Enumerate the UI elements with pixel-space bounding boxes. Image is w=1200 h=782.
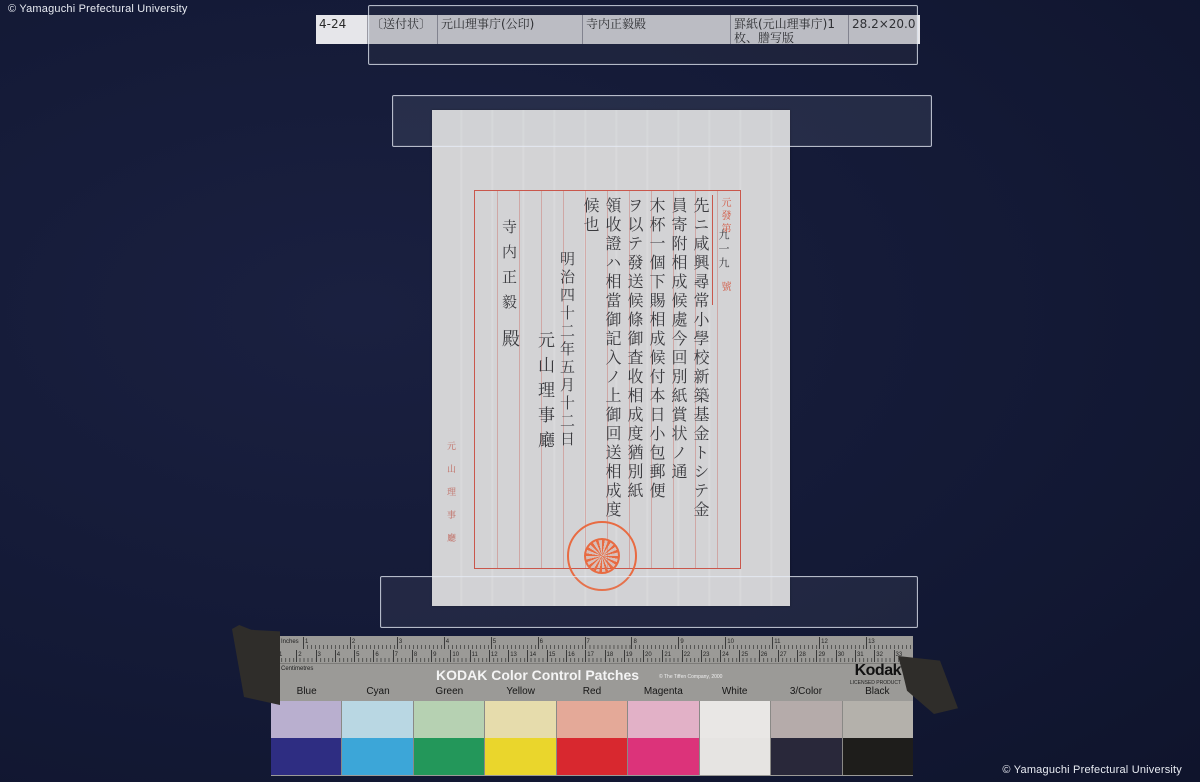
patch-light (771, 701, 841, 738)
ruler-tick: 31 (855, 650, 874, 662)
patch-dark (414, 738, 484, 775)
column-rule (497, 191, 498, 568)
issuer-name: 元山理事廳 (535, 331, 552, 456)
ruler-tick: 5 (354, 650, 373, 662)
ruler-tick: 6 (373, 650, 392, 662)
doc-number: 九一九 (718, 229, 729, 271)
ruler-tick: 19 (624, 650, 643, 662)
patch-dark (771, 738, 841, 775)
patch-green (414, 701, 485, 775)
patch-light (843, 701, 913, 738)
body-column-3: 木杯一個下賜相成候付本日小包郵便 (648, 197, 664, 501)
patch-label-cyan: Cyan (342, 686, 413, 697)
color-card-title: KODAK Color Control Patches (436, 667, 639, 683)
ruler-tick: 3 (316, 650, 335, 662)
ruler-tick: 10 (450, 650, 469, 662)
ruler-inches: 1 2 3 4 5 6 7 8 9 10 11 12 13 (271, 637, 913, 649)
color-patches (271, 701, 913, 775)
ruler-tick: 7 (585, 637, 632, 649)
patch-dark (628, 738, 698, 775)
body-column-6: 候也 (582, 197, 598, 235)
tape-left (232, 625, 280, 705)
ruled-frame: 元發第 九一九 號 先ニ咸興尋常小學校新築基金トシテ金 員寄附相成候處今回別紙賞… (474, 190, 741, 569)
ruler-tick: 32 (874, 650, 893, 662)
patch-light (700, 701, 770, 738)
ruler-tick: 2 (350, 637, 397, 649)
ruler-tick: 24 (720, 650, 739, 662)
addressee-name: 寺内正毅 (501, 219, 516, 319)
ruler-tick: 29 (816, 650, 835, 662)
patch-light (414, 701, 484, 738)
patch-label-green: Green (414, 686, 485, 697)
ruler-tick: 9 (678, 637, 725, 649)
ruler-tick: 14 (527, 650, 546, 662)
patch-dark (557, 738, 627, 775)
patch-light (557, 701, 627, 738)
patch-label-white: White (699, 686, 770, 697)
ruler-tick: 13 (508, 650, 527, 662)
ruler-tick: 22 (682, 650, 701, 662)
column-rule (519, 191, 520, 568)
ruler-tick: 6 (538, 637, 585, 649)
ruler-tick: 27 (778, 650, 797, 662)
historical-document: 元發第 九一九 號 先ニ咸興尋常小學校新築基金トシテ金 員寄附相成候處今回別紙賞… (432, 110, 790, 606)
document-date: 明治四十二年五月十二日 (559, 251, 574, 449)
column-rule (585, 191, 586, 568)
ruler-tick: 16 (566, 650, 585, 662)
ruler-centimetres: 1 2 3 4 5 6 7 8 9 10 11 12 13 14 15 16 1… (271, 650, 913, 662)
patch-white (700, 701, 771, 775)
ruler-tick: 5 (491, 637, 538, 649)
document-number-box: 元發第 九一九 號 (712, 195, 732, 305)
acrylic-holder-label (368, 5, 918, 65)
ruler-tick: 4 (335, 650, 354, 662)
patch-dark (843, 738, 913, 775)
patch-black (843, 701, 913, 775)
patch-labels: Blue Cyan Green Yellow Red Magenta White… (271, 686, 913, 697)
copyright-credit-bottom: © Yamaguchi Prefectural University (1002, 764, 1182, 776)
patch-blue (271, 701, 342, 775)
patch-dark (700, 738, 770, 775)
ruler-tick: 17 (585, 650, 604, 662)
patch-dark (271, 738, 341, 775)
ruler-tick: 26 (759, 650, 778, 662)
patch-magenta (628, 701, 699, 775)
ruler-tick: 11 (772, 637, 819, 649)
patch-label-blue: Blue (271, 686, 342, 697)
patch-label-magenta: Magenta (628, 686, 699, 697)
patch-light (271, 701, 341, 738)
ruler-tick: 10 (725, 637, 772, 649)
kodak-logo: Kodak (855, 662, 901, 680)
patch-label-yellow: Yellow (485, 686, 556, 697)
copyright-credit-top: © Yamaguchi Prefectural University (8, 3, 188, 15)
acrylic-holder-top (392, 95, 932, 147)
ruler-tick: 23 (701, 650, 720, 662)
patch-label-red: Red (556, 686, 627, 697)
patch-dark (485, 738, 555, 775)
color-card-copyright: © The Tiffen Company, 2000 (659, 674, 722, 680)
ruler-tick: 13 (866, 637, 913, 649)
ruler: Inches 1 2 3 4 5 6 7 8 9 10 11 12 13 1 2… (271, 636, 913, 664)
ruler-tick: 9 (431, 650, 450, 662)
patch-light (485, 701, 555, 738)
ruler-tick: 11 (470, 650, 489, 662)
ruler-tick: 21 (662, 650, 681, 662)
ruler-tick: 18 (605, 650, 624, 662)
ruler-tick: 20 (643, 650, 662, 662)
patch-label-3color: 3/Color (770, 686, 841, 697)
patch-3color (771, 701, 842, 775)
patch-light (342, 701, 412, 738)
body-column-5: 領收證ハ相當御記入ノ上御回送相成度 (604, 197, 620, 520)
patch-yellow (485, 701, 556, 775)
chrysanthemum-emblem-icon (584, 538, 620, 574)
kodak-color-card: Inches 1 2 3 4 5 6 7 8 9 10 11 12 13 1 2… (271, 636, 913, 776)
ruler-tick: 7 (393, 650, 412, 662)
catalog-number: 4-24 (316, 15, 368, 44)
patch-dark (342, 738, 412, 775)
addressee-honorific: 殿 (500, 329, 518, 350)
ruler-tick: 15 (547, 650, 566, 662)
ruler-tick: 4 (444, 637, 491, 649)
body-column-4: ヲ以テ發送候條御査收相成度猶別紙 (626, 197, 642, 501)
body-column-2: 員寄附相成候處今回別紙賞状ノ通 (670, 197, 686, 482)
ruler-tick: 3 (397, 637, 444, 649)
ruler-tick: 28 (797, 650, 816, 662)
patch-light (628, 701, 698, 738)
ruler-tick: 2 (296, 650, 315, 662)
ruler-tick: 8 (412, 650, 431, 662)
office-footer-imprint: 元山理事廳 (445, 441, 454, 556)
body-column-1: 先ニ咸興尋常小學校新築基金トシテ金 (692, 197, 708, 520)
ruler-tick: 25 (739, 650, 758, 662)
patch-cyan (342, 701, 413, 775)
doc-number-suffix: 號 (719, 281, 729, 294)
patch-red (557, 701, 628, 775)
ruler-tick: 30 (836, 650, 855, 662)
patch-label-black: Black (842, 686, 913, 697)
ruler-tick: 1 (303, 637, 350, 649)
acrylic-holder-bottom (380, 576, 918, 628)
ruler-tick: 12 (819, 637, 866, 649)
ruler-tick: 8 (631, 637, 678, 649)
ruler-centimetres-label: Centimetres (281, 666, 313, 672)
ruler-tick: 12 (489, 650, 508, 662)
